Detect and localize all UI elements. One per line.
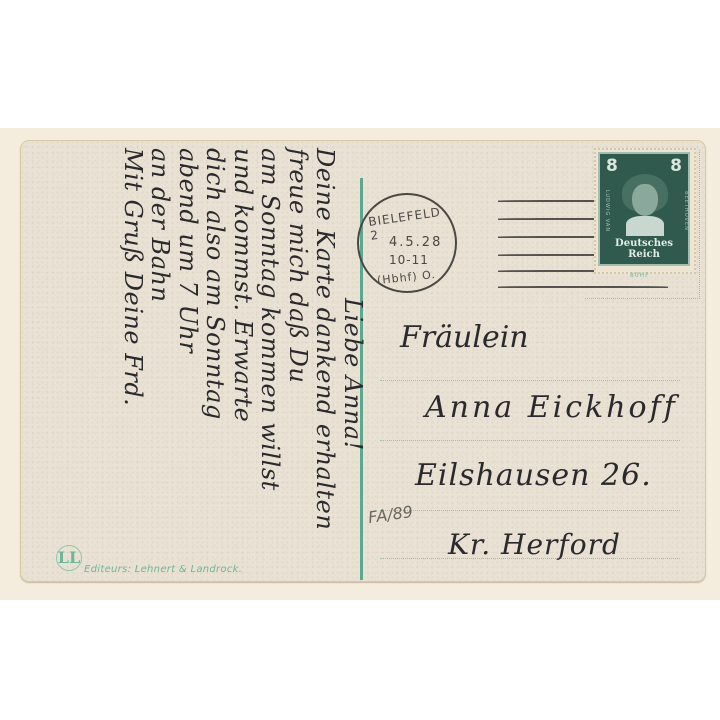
- stamp-country: Deutsches Reich: [600, 238, 688, 260]
- stamp-box-label: 80HF: [630, 272, 650, 279]
- message-line: Deine Karte dankend erhalten: [311, 148, 339, 578]
- postmark-station: (Hbhf) O.: [376, 268, 436, 287]
- message-line: an der Bahn: [146, 148, 174, 578]
- stamp-value: 8: [670, 156, 682, 176]
- message-line: freue mich daß Du: [284, 148, 312, 578]
- postmark-date: 4.5.28: [389, 235, 442, 250]
- postmark-time: 10-11: [389, 253, 429, 267]
- address-guide-line: [380, 440, 680, 441]
- stamp-side-text: LUDWIG VAN: [604, 190, 610, 232]
- address-guide-line: [380, 380, 680, 381]
- address-street: Eilshausen 26.: [415, 458, 652, 493]
- stamp-value: 8: [606, 156, 618, 176]
- address-title: Fräulein: [400, 320, 529, 355]
- pencil-annotation: FA/89: [367, 502, 414, 527]
- message-salutation: Liebe Anna!: [339, 148, 367, 578]
- message-line: am Sonntag kommen willst: [256, 148, 284, 578]
- publisher-logo-icon: LL: [56, 545, 82, 571]
- postcard: Liebe Anna! Deine Karte dankend erhalten…: [20, 140, 706, 582]
- message-line: Mit Gruß Deine Frd.: [119, 148, 147, 578]
- message-line: und kommst. Erwarte: [229, 148, 257, 578]
- postage-stamp: 8 8 LUDWIG VAN BEETHOVEN Deutsches Reich: [598, 152, 690, 266]
- message-line: abend um 7 Uhr: [174, 148, 202, 578]
- message-line: dich also am Sonntag: [201, 148, 229, 578]
- address-recipient: Anna Eickhoff: [425, 390, 678, 425]
- postmark: BIELEFELD 2 4.5.28 10-11 (Hbhf) O.: [357, 193, 457, 293]
- publisher-imprint: Editeurs: Lehnert & Landrock.: [84, 564, 242, 575]
- handwritten-message: Liebe Anna! Deine Karte dankend erhalten…: [36, 148, 366, 578]
- address-guide-line: [380, 510, 680, 511]
- address-district: Kr. Herford: [448, 528, 621, 561]
- stamp-side-text: BEETHOVEN: [683, 191, 689, 231]
- beethoven-portrait-icon: [622, 174, 668, 236]
